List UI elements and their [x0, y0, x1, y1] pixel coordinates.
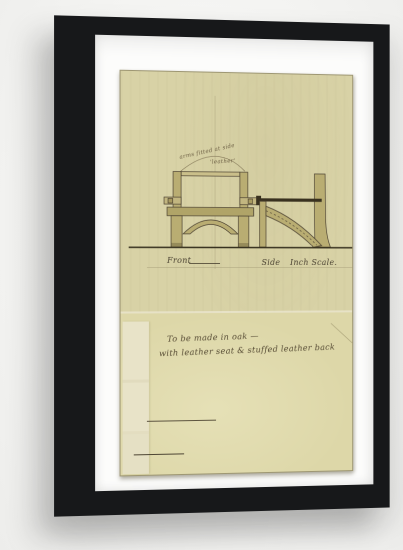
front-left-arm-tenon: [168, 198, 173, 203]
corner-fold-line: [331, 323, 352, 343]
pencil-line-1: [147, 420, 216, 421]
picture-frame: arms fitted at side 'leather' Front Side…: [54, 15, 390, 516]
pencil-line-2: [134, 454, 184, 455]
drawing-sheet: arms fitted at side 'leather' Front Side…: [120, 70, 354, 477]
front-top-rail: [181, 172, 240, 177]
front-label-rule: [189, 263, 220, 264]
front-right-arm-tenon: [248, 199, 253, 204]
front-right-leg: [238, 216, 248, 247]
side-arm-rail: [257, 198, 322, 202]
mat-board: arms fitted at side 'leather' Front Side…: [95, 35, 373, 492]
side-view-label: Side: [262, 259, 281, 267]
scale-label: Inch Scale.: [290, 259, 337, 267]
side-front-leg: [260, 201, 266, 247]
product-photo-background: arms fitted at side 'leather' Front Side…: [0, 0, 403, 550]
front-elevation-figure: [164, 171, 257, 247]
side-back-post: [314, 174, 330, 247]
side-curved-seat-rail: [266, 206, 322, 247]
front-view-label: Front: [167, 257, 191, 265]
front-arched-apron: [183, 220, 238, 234]
chair-design-drawing: [121, 71, 353, 476]
front-seat-rail: [167, 207, 254, 216]
front-left-leg: [171, 216, 182, 248]
side-elevation-figure: [256, 173, 330, 247]
